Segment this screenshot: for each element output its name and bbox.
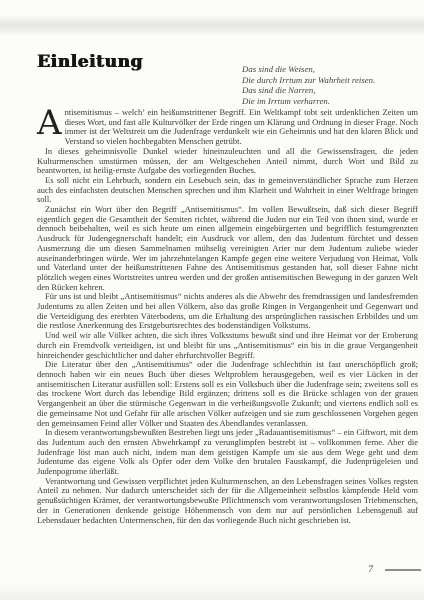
- paragraph: Für uns ist und bleibt „Antisemitismus“ …: [37, 292, 418, 331]
- page-title: Einleitung: [37, 52, 143, 72]
- paragraph: In dieses geheimnisvolle Dunkel wieder h…: [37, 147, 418, 176]
- paragraph-text: ntisemitismus – welch’ ein heißumstritte…: [65, 107, 418, 146]
- epigraph-line: Das sind die Weisen,: [242, 64, 375, 75]
- paragraph: Zunächst ein Wort über den Begriff „Anti…: [37, 205, 418, 292]
- paragraph: Und weil wir alle Völker achten, die sic…: [37, 331, 418, 360]
- scan-shadow-bottom: [0, 584, 424, 600]
- paragraph: Verantwortung und Gewissen verpflichtet …: [37, 477, 418, 526]
- folio: 7: [0, 565, 421, 575]
- epigraph-line: Die durch Irrtum zur Wahrheit reisen.: [242, 75, 375, 86]
- folio-rule: [385, 569, 421, 571]
- drop-cap: A: [37, 108, 65, 138]
- epigraph-line: Die im Irrtum verharren.: [242, 96, 375, 107]
- body-text: A ntisemitismus – welch’ ein heißumstrit…: [37, 108, 418, 525]
- page-number: 7: [368, 565, 373, 575]
- paragraph: Es soll nicht ein Lehrbuch, sondern ein …: [37, 176, 418, 205]
- paragraph: In diesem verantwortungsbewußten Bestreb…: [37, 428, 418, 477]
- paragraph: Die Literatur über den „Antisemitismus“ …: [37, 360, 418, 428]
- epigraph: Das sind die Weisen, Die durch Irrtum zu…: [242, 64, 375, 106]
- paragraph: A ntisemitismus – welch’ ein heißumstrit…: [37, 108, 418, 147]
- scan-shadow-top: [0, 15, 424, 37]
- epigraph-line: Das sind die Narren,: [242, 85, 375, 96]
- book-page: Einleitung Das sind die Weisen, Die durc…: [0, 0, 424, 600]
